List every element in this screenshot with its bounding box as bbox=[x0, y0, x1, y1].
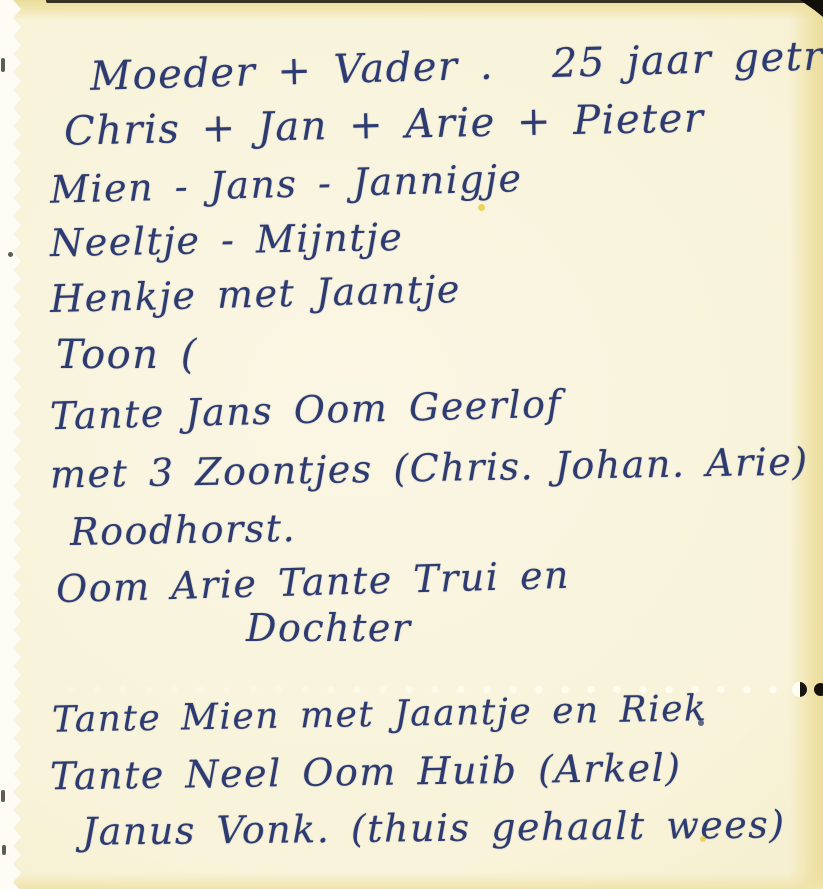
perforation-line bbox=[58, 683, 797, 696]
paper-speck bbox=[478, 204, 485, 211]
deckle-edge bbox=[0, 0, 22, 889]
paper-edge-top bbox=[8, 0, 823, 20]
handwriting-line-6: Toon ( bbox=[56, 332, 198, 378]
scan-edge-mark bbox=[1, 58, 5, 72]
paper-edge-bottom bbox=[8, 873, 823, 889]
paper-speck bbox=[700, 836, 706, 842]
perforation-hole-edge bbox=[814, 683, 823, 696]
ink-speck bbox=[698, 720, 704, 726]
scan-top-shadow bbox=[46, 0, 823, 3]
scanned-note-page: Moeder + Vader . 25 jaar getrouwd Chris … bbox=[0, 0, 823, 889]
handwriting-line-14: Janus Vonk. (thuis gehaalt wees) bbox=[82, 802, 786, 853]
handwriting-line-9: Roodhorst. bbox=[70, 506, 297, 554]
scan-edge-mark bbox=[8, 252, 13, 257]
scan-edge-mark bbox=[1, 790, 5, 802]
handwriting-line-13: Tante Neel Oom Huib (Arkel) bbox=[50, 746, 682, 799]
handwriting-line-11: Dochter bbox=[246, 606, 412, 650]
perforation-hole bbox=[792, 682, 807, 697]
scan-edge-mark bbox=[2, 845, 6, 855]
handwriting-line-4: Neeltje - Mijntje bbox=[50, 215, 404, 265]
